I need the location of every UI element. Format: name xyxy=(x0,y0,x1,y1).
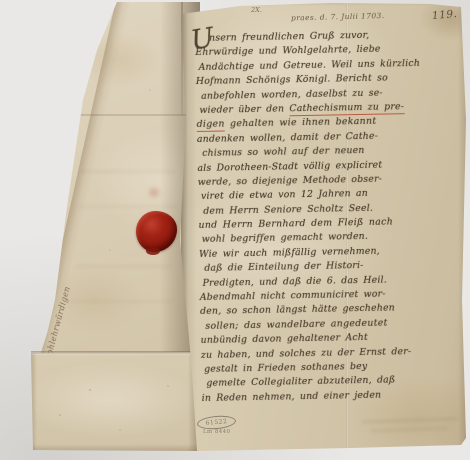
ink-bleedthrough xyxy=(80,170,175,173)
address-note: Wohlehrwürdigen xyxy=(43,285,72,363)
ink-bleedthrough xyxy=(362,417,458,423)
initial-flourish: U xyxy=(189,22,217,56)
red-underlined-phrase: Cathechismum zu pre- xyxy=(289,101,404,116)
ink-bleedthrough xyxy=(370,427,448,433)
document-photo: Wohlehrwürdigen 2X. praes. d. 7. Julii 1… xyxy=(0,0,470,460)
archival-mark: 2X. xyxy=(251,6,262,14)
fold-line-upper xyxy=(80,114,199,116)
presentation-note: praes. d. 7. Julii 1703. xyxy=(291,10,406,22)
manuscript-lines: nsern freundlichen Gruß zuvor,Ehrwürdige… xyxy=(195,28,470,407)
ink-bleedthrough xyxy=(74,265,172,268)
ink-bleedthrough-block xyxy=(356,411,463,445)
lower-panel-edge-shade xyxy=(31,352,198,451)
pencil-inventory-number: Lm 8440 xyxy=(203,429,230,435)
red-underlined-phrase: digen xyxy=(197,119,225,133)
wax-seal xyxy=(136,211,177,252)
manuscript-text: U nsern freundlichen Gruß zuvor,Ehrwürdi… xyxy=(195,28,470,407)
seal-smudge xyxy=(145,187,163,198)
left-edge-shade xyxy=(33,0,130,376)
page-number: 119. xyxy=(432,8,458,22)
ink-bleedthrough xyxy=(70,300,174,303)
ink-bleedthrough xyxy=(78,205,178,208)
left-leaf-upper-panel: Wohlehrwürdigen xyxy=(0,0,210,356)
